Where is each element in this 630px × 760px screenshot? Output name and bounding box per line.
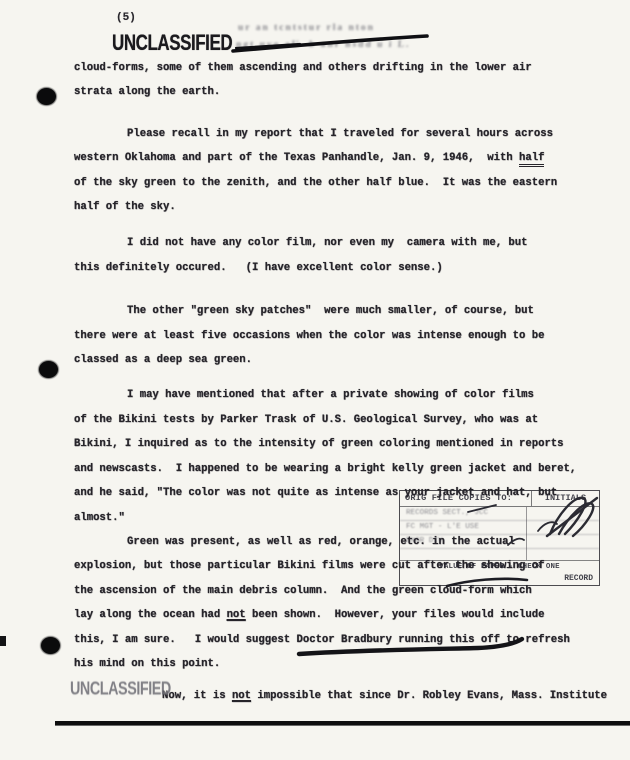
- text-line: I did not have any color film, nor even …: [74, 231, 589, 255]
- text-line: of the sky green to the zenith, and the …: [74, 171, 589, 195]
- initials-label: INITIALS: [532, 491, 599, 506]
- hole-punch-mark: [39, 361, 58, 378]
- redacted-text-line: ur an tcntstur rla nton: [238, 23, 375, 33]
- redacted-classification: ur an tcntstur rla nton ngt uvo aU b anr…: [234, 20, 434, 58]
- letter-body: cloud-forms, some of them ascending and …: [74, 56, 589, 709]
- routing-stamp: ORIG FILE COPIES TO: INITIALS RECORDS SE…: [399, 490, 600, 586]
- text-line: strata along the earth.: [74, 80, 589, 104]
- text-line: I may have mentioned that after a privat…: [74, 383, 589, 407]
- paragraph: cloud-forms, some of them ascending and …: [74, 56, 589, 105]
- scan-artifact-bar: [55, 721, 630, 726]
- routing-stamp-footer: VALUE OF PAPER - CHECK ONE RECORD: [400, 561, 599, 586]
- routing-row: ENGR DIV: [400, 535, 599, 549]
- scan-edge-mark: [0, 636, 6, 646]
- text-line: The other "green sky patches" were much …: [74, 299, 589, 323]
- orig-file-copies-label: ORIG FILE COPIES TO:: [400, 491, 532, 506]
- text-line: his mind on this point.: [74, 652, 589, 676]
- redacted-text-line: ngt uvo aU b anr nsdd u i L.: [236, 40, 411, 50]
- routing-row: FC MGT - L'E USE: [400, 521, 599, 535]
- unclassified-stamp-top: UNCLASSIFIED: [112, 31, 232, 57]
- record-label: RECORD: [564, 573, 593, 584]
- text-line: Please recall in my report that I travel…: [74, 122, 589, 146]
- routing-stamp-header: ORIG FILE COPIES TO: INITIALS: [400, 491, 599, 507]
- text-line: cloud-forms, some of them ascending and …: [74, 56, 589, 80]
- value-of-paper-label: VALUE OF PAPER - CHECK ONE: [400, 561, 599, 573]
- page-number: (5): [116, 12, 136, 24]
- paragraph: I did not have any color film, nor even …: [74, 231, 589, 280]
- text-line: Bikini, I inquired as to the intensity o…: [74, 432, 589, 456]
- text-line: this definitely occured. (I have excelle…: [74, 256, 589, 280]
- text-line: lay along the ocean had not been shown. …: [74, 603, 589, 627]
- hole-punch-mark: [37, 88, 56, 105]
- text-line: and newscasts. I happened to be wearing …: [74, 457, 589, 481]
- unclassified-stamp-bottom: UNCLASSIFIED: [70, 679, 171, 700]
- text-line: western Oklahoma and part of the Texas P…: [74, 146, 589, 170]
- hole-punch-mark: [41, 637, 60, 654]
- routing-stamp-rows: RECORDS SECT., JCC FC MGT - L'E USE ENGR…: [400, 507, 599, 561]
- text-line: this, I am sure. I would suggest Doctor …: [74, 628, 589, 652]
- paragraph: The other "green sky patches" were much …: [74, 299, 589, 372]
- scanned-document-page: (5) UNCLASSIFIED ur an tcntstur rla nton…: [0, 0, 630, 760]
- text-line: there were at least five occasions when …: [74, 324, 589, 348]
- text-line: of the Bikini tests by Parker Trask of U…: [74, 408, 589, 432]
- text-line: classed as a deep sea green.: [74, 348, 589, 372]
- text-line: half of the sky.: [74, 195, 589, 219]
- routing-row: RECORDS SECT., JCC: [400, 507, 599, 521]
- paragraph: Please recall in my report that I travel…: [74, 122, 589, 220]
